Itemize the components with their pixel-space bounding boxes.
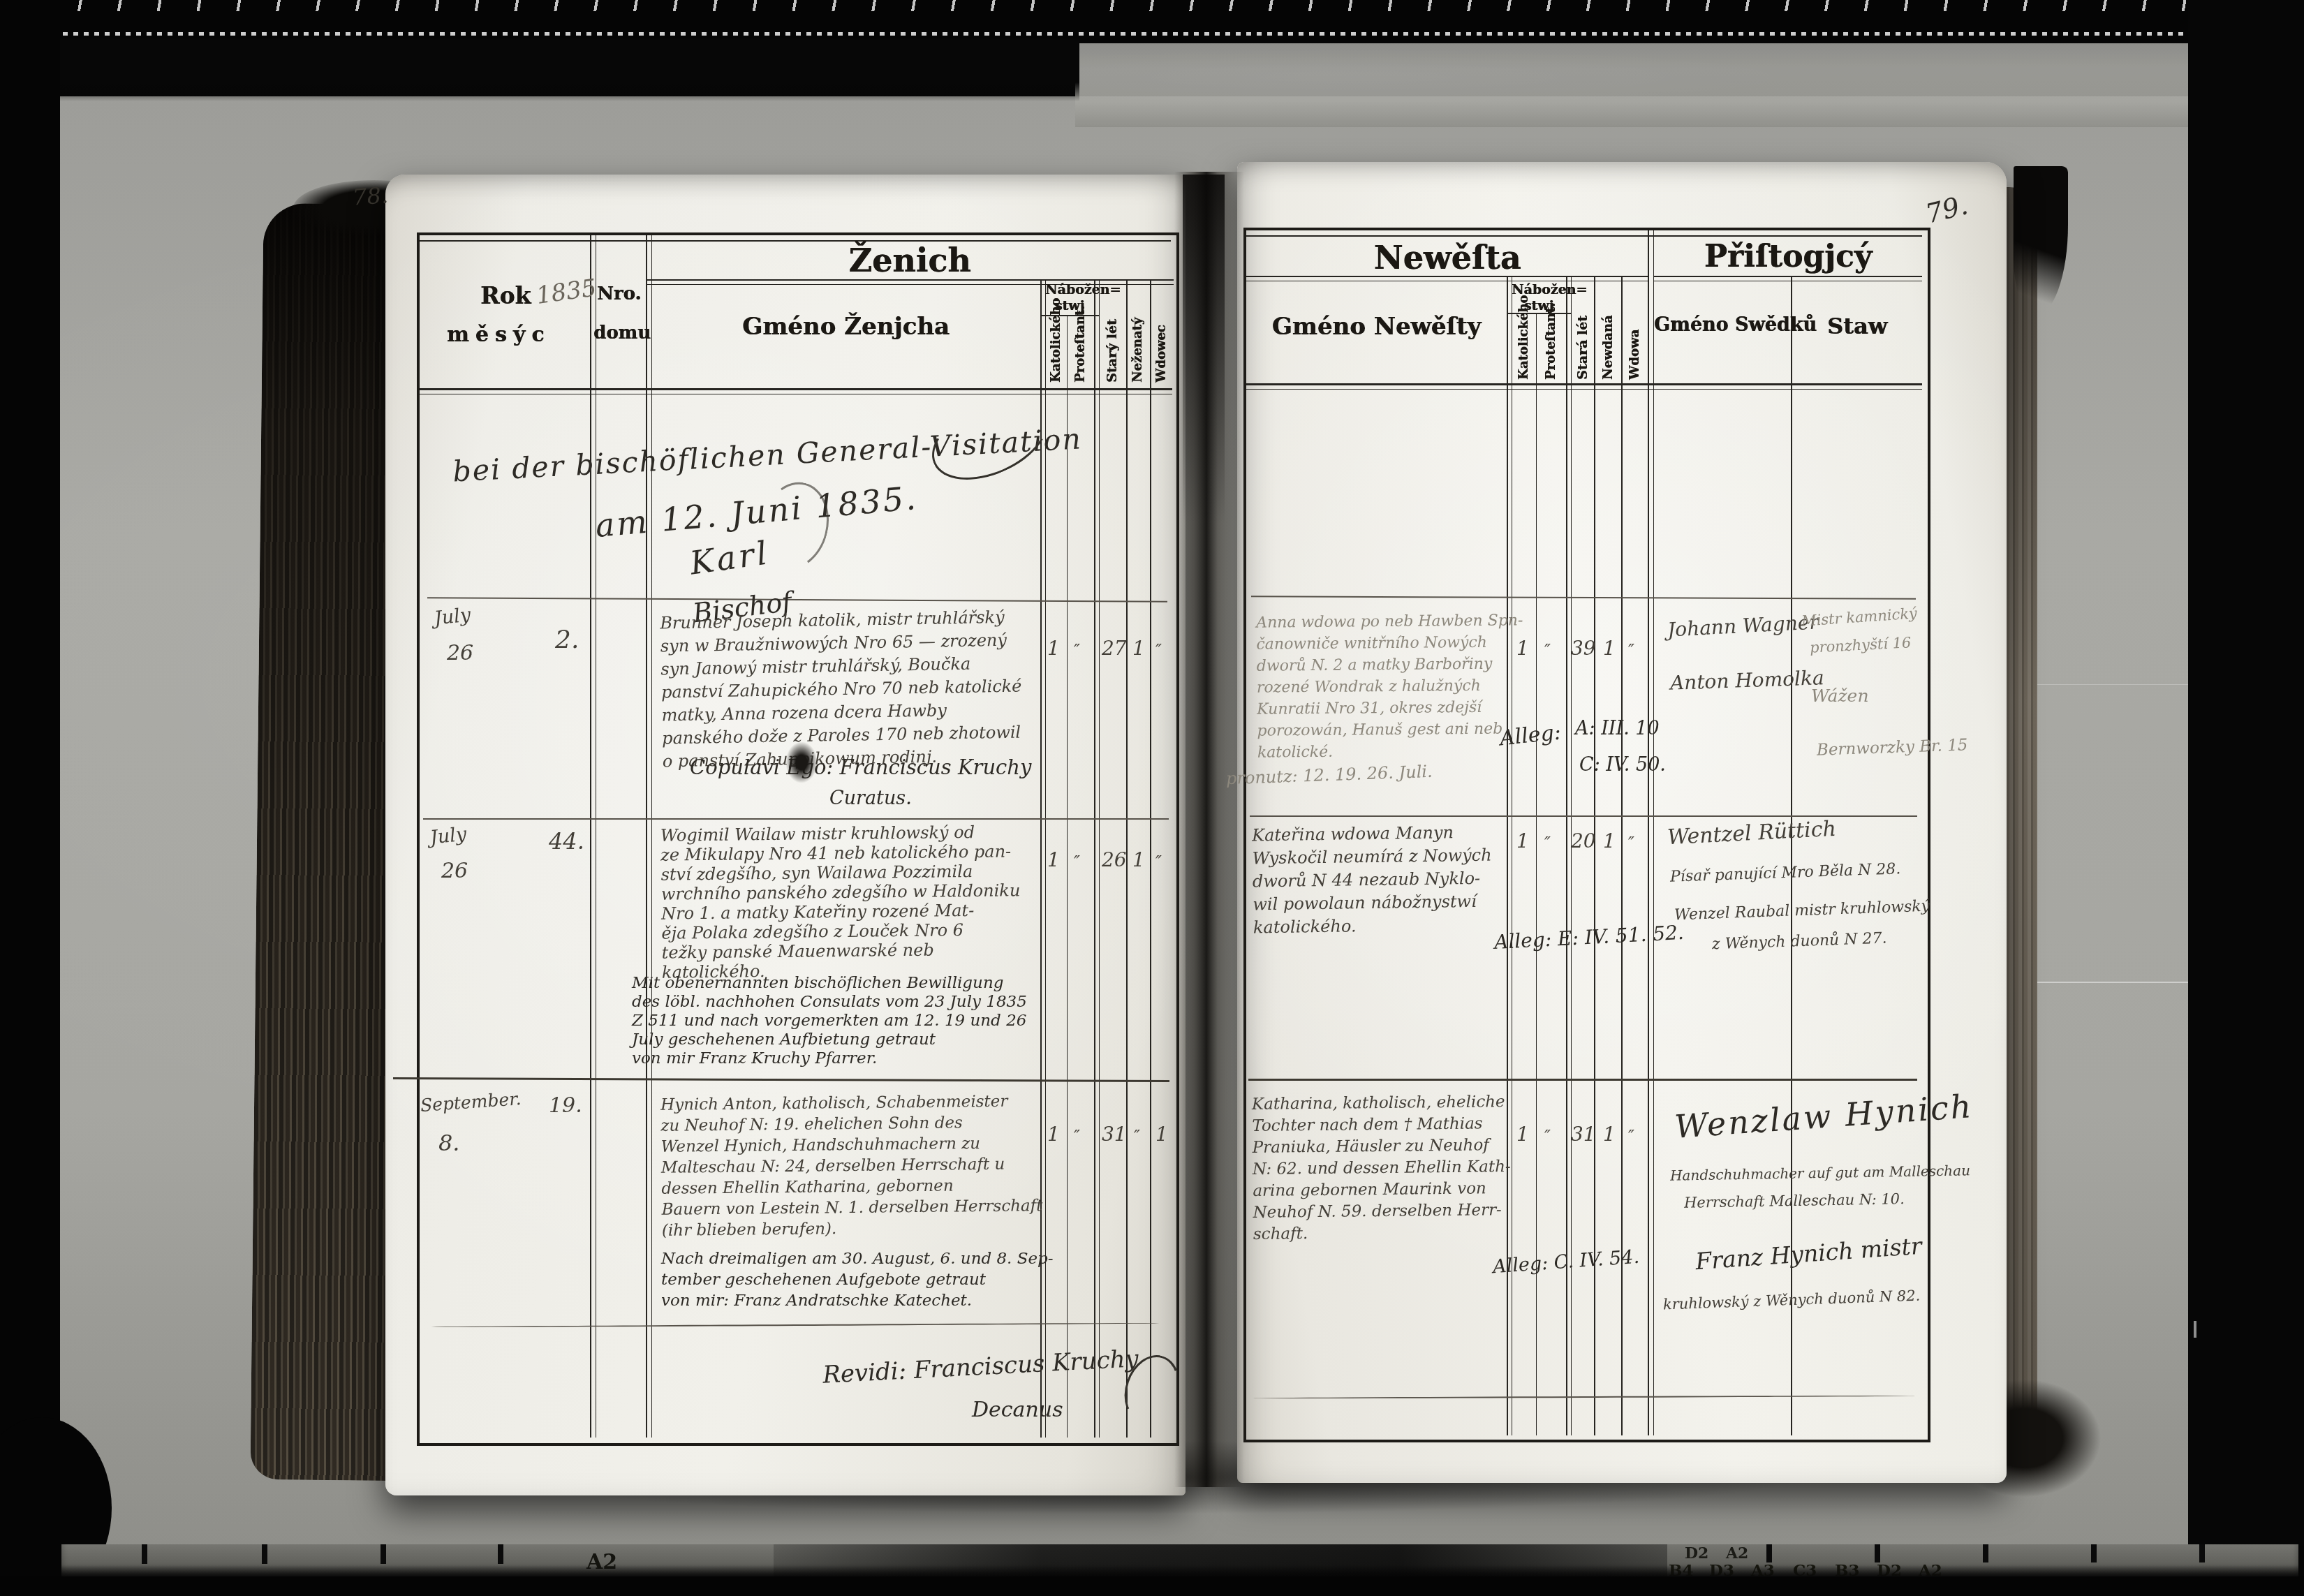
row-divider <box>1250 815 1917 817</box>
col-header-nro: Nro. <box>597 283 641 304</box>
entry-line: Kateřina wdowa Manyn <box>1252 821 1492 848</box>
book-gutter-top <box>1183 175 1225 524</box>
table-rule <box>646 235 647 1438</box>
ruler-tick <box>1983 1544 1988 1562</box>
row-divider <box>423 818 1169 820</box>
entry-line: (ihr blieben berufen). <box>662 1216 1043 1241</box>
table-rule <box>596 235 596 1438</box>
col-value: 1 <box>1603 1123 1616 1146</box>
col-value: ″ <box>1544 1127 1551 1146</box>
col-value: 1 <box>1516 1123 1529 1146</box>
col-value: ″ <box>1074 852 1080 872</box>
table-rule <box>1654 281 1922 281</box>
col-value: 39 <box>1571 637 1596 660</box>
entry-line: Hynich Anton, katholisch, Schabenmeister <box>660 1091 1042 1116</box>
film-splice-line <box>0 32 2304 36</box>
photo-top-dark-zone <box>60 38 1079 101</box>
col-header-catholic: Katolického <box>1049 298 1063 383</box>
note-line: von mir Franz Kruchy Pfarrer. <box>632 1049 1027 1068</box>
entry-line: Nro 1. a matky Kateřiny rozené Mat- <box>661 900 1021 923</box>
celebrant-title: Curatus. <box>829 788 912 809</box>
col-value: 1 <box>1047 637 1060 660</box>
col-value: ″ <box>1074 1127 1080 1146</box>
col-header-domu: domu <box>593 323 651 343</box>
col-value: 26 <box>1102 848 1127 871</box>
col-value: ″ <box>1628 641 1634 660</box>
resolution-ruler: A2 D2 A2 B4 D3 A3 C3 B3 D2 A2 <box>61 1544 2298 1578</box>
backdrop-upper-right <box>1075 43 2192 127</box>
page-stack-left <box>250 203 406 1481</box>
note-line: Nach dreimaligen am 30. August, 6. und 8… <box>661 1248 1054 1269</box>
note-line: von mir: Franz Andratschke Katechet. <box>661 1290 1054 1311</box>
entry-line: čanowniče wnitřního Nowých <box>1256 631 1523 655</box>
table-rule <box>1654 276 1922 277</box>
table-rule <box>1246 383 1922 385</box>
note-line: tember geschehenen Aufgebote getraut <box>661 1269 1054 1290</box>
col-value: 31 <box>1102 1123 1127 1146</box>
col-header-bride-name: Gméno Newěſty <box>1246 313 1507 341</box>
col-value: 1 <box>1516 829 1529 852</box>
section-title-witnesses: Přiſtogjcý <box>1654 239 1922 274</box>
note-line: July geschehenen Aufbietung getraut <box>632 1030 1027 1049</box>
table-rule <box>1246 281 1648 281</box>
entry-month: July <box>434 604 472 629</box>
col-value: ″ <box>1155 852 1162 872</box>
entry-line: Praniuka, Häusler zu Neuhof <box>1253 1135 1511 1159</box>
entry-line: Neuhof N. 59. derselben Herr- <box>1253 1199 1511 1224</box>
col-value: 1 <box>1047 848 1060 871</box>
col-value: 1 <box>1132 848 1145 871</box>
photo-left-black-edge <box>0 0 60 1596</box>
entry-line: Wyskočil neumírá z Nowých <box>1252 844 1492 871</box>
col-header-rok: Rok <box>480 282 531 309</box>
col-value: 31 <box>1571 1123 1596 1146</box>
ruler-tick <box>1766 1544 1772 1562</box>
page-number-left: 78. <box>352 182 389 210</box>
entry-day: 8. <box>438 1130 460 1156</box>
ruler-tick <box>2199 1544 2205 1562</box>
col-header-age: Stará lét <box>1575 316 1590 380</box>
col-value: ″ <box>1628 1127 1634 1146</box>
table-rule <box>1648 230 1649 1435</box>
ink-blot <box>785 741 818 783</box>
witness-status: Wážen <box>1811 686 1869 706</box>
col-header-widow: Wdowa <box>1627 330 1642 380</box>
celebrant-signature: Copulavi Ego: Franciscus Kruchy <box>690 755 1031 779</box>
allegation-ref: A: III. 10 <box>1575 718 1660 739</box>
col-value: ″ <box>1544 834 1551 853</box>
bride-entry-text: Anna wdowa po neb Hawben Spn- čanowniče … <box>1256 609 1524 763</box>
note-line: des löbl. nachhohen Consulats vom 23 Jul… <box>632 993 1027 1012</box>
entry-line: rozené Wondrak z halužných <box>1257 674 1523 698</box>
ruler-tick <box>2091 1544 2097 1562</box>
table-rule <box>1246 235 1922 237</box>
table-rule <box>651 235 652 1438</box>
entry-line: Kunratii Nro 31, okres zdejší <box>1257 696 1523 720</box>
ruler-tick <box>498 1544 503 1564</box>
col-header-age: Starý lét <box>1105 319 1120 383</box>
entry-house-number: 44. <box>549 828 584 855</box>
entry-house-number: 2. <box>555 626 579 654</box>
entry-house-number: 19. <box>549 1093 582 1118</box>
entry-line: porozowán, Hanuš gest ani neb <box>1257 718 1523 741</box>
entry-day: 26 <box>441 859 468 883</box>
marriage-permission-note: Mit obenernannten bischöflichen Bewillig… <box>632 974 1027 1068</box>
entry-line: Katharina, katholisch, eheliche <box>1252 1091 1510 1116</box>
scratch-mark <box>2194 1321 2196 1338</box>
section-title-groom: Ženich <box>646 242 1174 279</box>
revidi-title: Decanus <box>972 1398 1063 1422</box>
entry-line: Bauern von Lestein N. 1. derselben Herrs… <box>661 1195 1042 1220</box>
col-header-status: Staw <box>1792 313 1922 339</box>
photo-right-black-edge <box>2188 0 2304 1546</box>
entry-line: Malteschau N: 24, derselben Herrschaft u <box>661 1153 1042 1178</box>
entry-line: arina gebornen Maurink von <box>1253 1178 1511 1202</box>
ruler-tick <box>142 1544 147 1564</box>
table-rule <box>1067 316 1068 1438</box>
entry-line: katolické. <box>1257 739 1524 763</box>
ruler-label: A2 <box>1726 1544 1748 1562</box>
note-line: Mit obenernannten bischöflichen Bewillig… <box>632 974 1027 993</box>
groom-entry-text: Wogimil Wailaw mistr kruhlowský od ze Mi… <box>660 822 1021 982</box>
entry-line: Tochter nach dem † Mathias <box>1252 1113 1510 1137</box>
col-value: ″ <box>1628 834 1634 853</box>
col-header-mesic: měsýc <box>447 323 550 347</box>
col-value: 1 <box>1603 829 1616 852</box>
table-rule <box>420 394 1172 394</box>
col-header-religion-a: Nábožen= <box>1045 282 1094 297</box>
note-line: Z 511 und nach vorgemerkten am 12. 19 un… <box>632 1012 1027 1030</box>
table-rule <box>590 235 591 1438</box>
entry-day: 26 <box>447 641 473 665</box>
ruler-label: D2 <box>1685 1544 1708 1562</box>
row-divider <box>1248 1079 1917 1081</box>
bride-entry-text: Katharina, katholisch, eheliche Tochter … <box>1252 1091 1512 1246</box>
microfilm-scan: 78. 79. Ženich Rok 1835 měsýc Nro. domu … <box>0 0 2304 1596</box>
col-header-groom-name: Gméno Ženjcha <box>651 313 1040 341</box>
entry-line: dworů N 44 nezaub Nyklo- <box>1253 867 1493 894</box>
table-rule <box>1094 279 1095 1438</box>
allegation-ref: C: IV. 50. <box>1579 754 1666 776</box>
col-value: 1 <box>1132 637 1145 660</box>
col-value: ″ <box>1134 1127 1140 1146</box>
entry-line: schaft. <box>1253 1221 1512 1246</box>
section-title-bride: Newěſta <box>1246 239 1648 276</box>
col-value: 1 <box>1516 637 1529 660</box>
col-value: ″ <box>1074 641 1080 660</box>
col-header-protestant: Proteſtant. <box>1544 303 1558 380</box>
col-value: ″ <box>1544 641 1551 660</box>
bride-entry-text: Kateřina wdowa Manyn Wyskočil neumírá z … <box>1252 821 1493 940</box>
col-value: 1 <box>1603 637 1616 660</box>
col-header-protestant: Proteſtant. <box>1073 306 1088 383</box>
col-header-widower: Wdowec <box>1154 325 1169 383</box>
entry-line: Anna wdowa po neb Hawben Spn- <box>1256 609 1523 633</box>
groom-entry-text: Hynich Anton, katholisch, Schabenmeister… <box>660 1091 1043 1241</box>
banns-note: Nach dreimaligen am 30. August, 6. und 8… <box>661 1248 1054 1311</box>
entry-line: dworů N. 2 a matky Barbořiny <box>1257 653 1523 677</box>
col-value: ″ <box>1155 641 1162 660</box>
groom-entry-text: Brunner Joseph katolik, mistr truhlářský… <box>660 606 1023 774</box>
table-rule <box>1099 279 1100 1438</box>
photo-bottom-black <box>0 1576 2304 1596</box>
col-value: 27 <box>1102 637 1127 660</box>
col-value: 1 <box>1155 1123 1168 1146</box>
col-header-single: Neženatý <box>1130 318 1145 383</box>
col-header-catholic: Katolického <box>1516 295 1531 380</box>
col-header-witness-name: Gméno Swědků <box>1654 314 1791 336</box>
entry-line: wil powolaun nábožnystwí <box>1253 890 1493 917</box>
entry-month: July <box>429 823 468 848</box>
entry-line: N: 62. und dessen Ehellin Kath- <box>1253 1156 1511 1181</box>
film-edge-ticks <box>0 0 2304 11</box>
ruler-tick <box>1875 1544 1880 1562</box>
col-header-unmarried: Newdaná <box>1601 316 1616 380</box>
table-rule <box>646 279 1174 281</box>
table-rule <box>1653 230 1654 1435</box>
table-rule <box>1246 389 1922 390</box>
table-rule <box>1150 279 1151 1438</box>
col-value: 1 <box>1047 1123 1060 1146</box>
ruler-tick <box>381 1544 386 1564</box>
col-value: 20 <box>1571 829 1596 852</box>
ruler-tick <box>262 1544 267 1564</box>
entry-line: katolického. <box>1253 913 1493 940</box>
table-rule <box>420 388 1172 390</box>
